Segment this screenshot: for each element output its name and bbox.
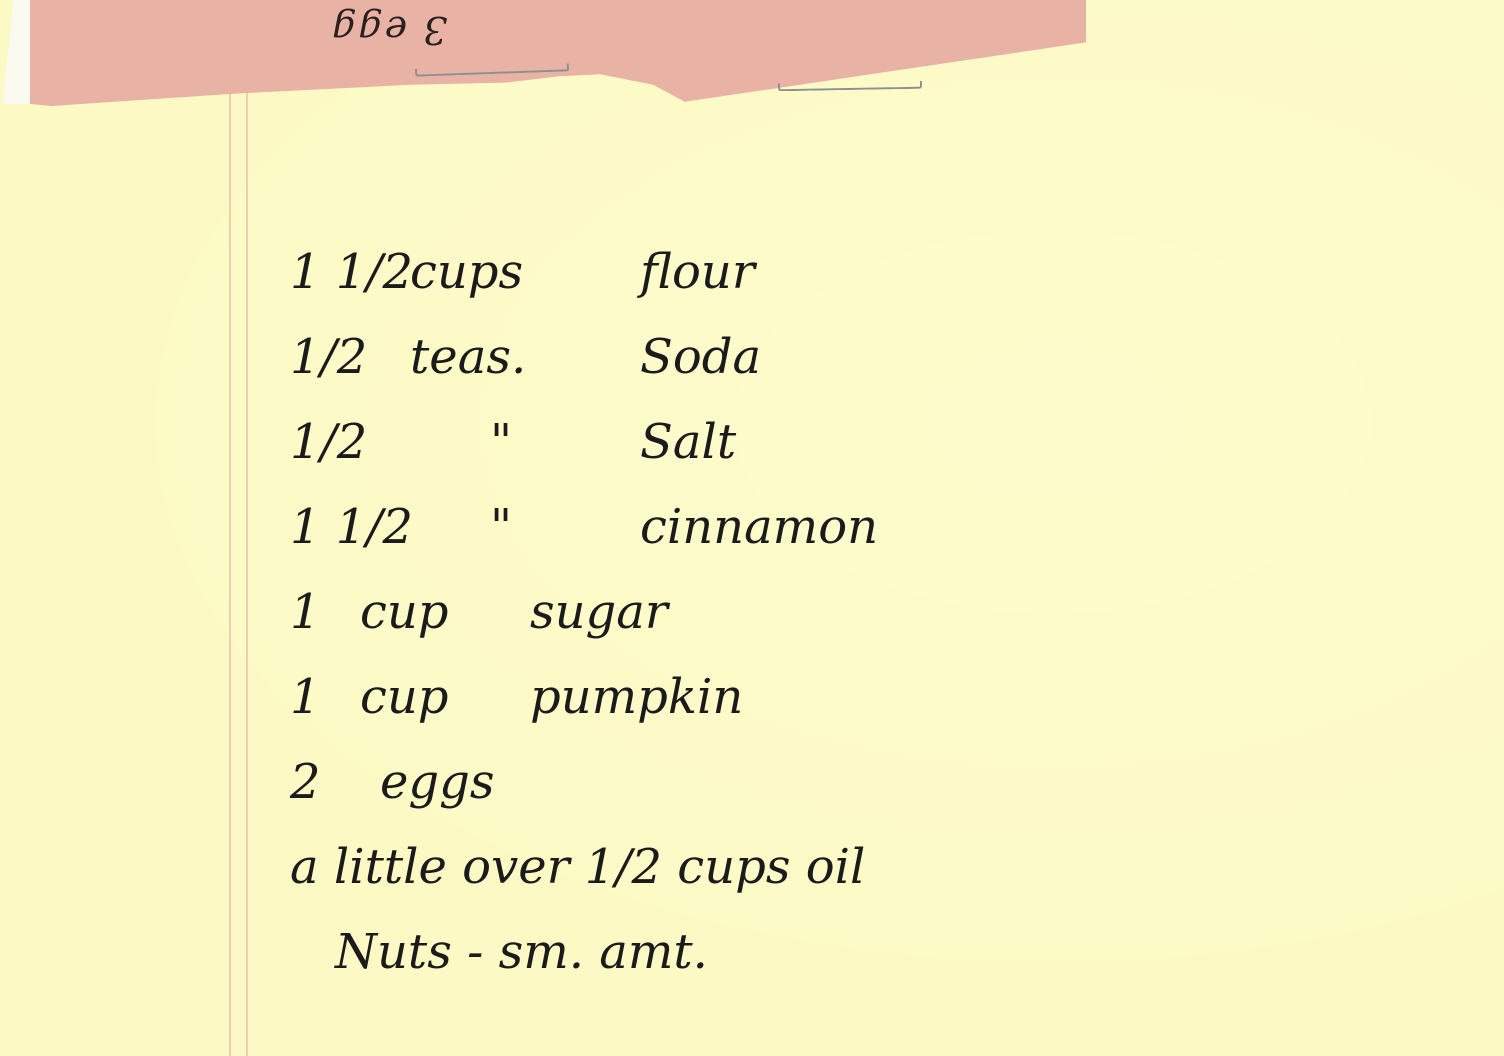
ingredient-qty: 1 1/2 <box>290 499 410 555</box>
ingredient-unit: cup <box>360 584 530 640</box>
ingredient-line: 1/2 " Salt <box>290 385 1240 470</box>
ingredient-line: 1 cup pumpkin <box>290 640 1240 725</box>
ingredient-line: 1/2 teas. Soda <box>290 300 1240 385</box>
ingredient-unit: cups <box>410 244 640 300</box>
ditto-mark: " <box>410 499 640 555</box>
margin-line <box>229 90 231 1056</box>
ingredient-qty: 1 1/2 <box>290 244 410 300</box>
ingredient-name: flour <box>640 244 755 300</box>
ingredient-name: pumpkin <box>530 669 743 725</box>
ingredient-line: 1 cup sugar <box>290 555 1240 640</box>
ingredient-name: sugar <box>530 584 668 640</box>
ingredient-note: a little over 1/2 cups oil <box>290 839 865 895</box>
ingredient-qty: 1/2 <box>290 414 410 470</box>
ingredient-qty: 1 <box>290 669 360 725</box>
ingredient-name: eggs <box>380 754 495 810</box>
ingredient-qty: 2 <box>290 754 380 810</box>
ingredient-line: 1 1/2 cups flour <box>290 215 1240 300</box>
ingredient-name: Salt <box>640 414 736 470</box>
recipe-ingredient-list: 1 1/2 cups flour 1/2 teas. Soda 1/2 " Sa… <box>290 215 1240 980</box>
ditto-mark: " <box>410 414 640 470</box>
ingredient-qty: 1 <box>290 584 360 640</box>
ingredient-line: 2 eggs <box>290 725 1240 810</box>
ingredient-name: cinnamon <box>640 499 878 555</box>
ingredient-note: Nuts - sm. amt. <box>335 924 708 980</box>
ingredient-unit: teas. <box>410 329 640 385</box>
margin-line <box>246 90 248 1056</box>
ingredient-unit: cup <box>360 669 530 725</box>
ingredient-line: Nuts - sm. amt. <box>290 895 1240 980</box>
ingredient-line: 1 1/2 " cinnamon <box>290 470 1240 555</box>
ingredient-name: Soda <box>640 329 761 385</box>
ingredient-qty: 1/2 <box>290 329 410 385</box>
scrap-handwriting: 3 egg <box>330 8 447 52</box>
ingredient-line: a little over 1/2 cups oil <box>290 810 1240 895</box>
